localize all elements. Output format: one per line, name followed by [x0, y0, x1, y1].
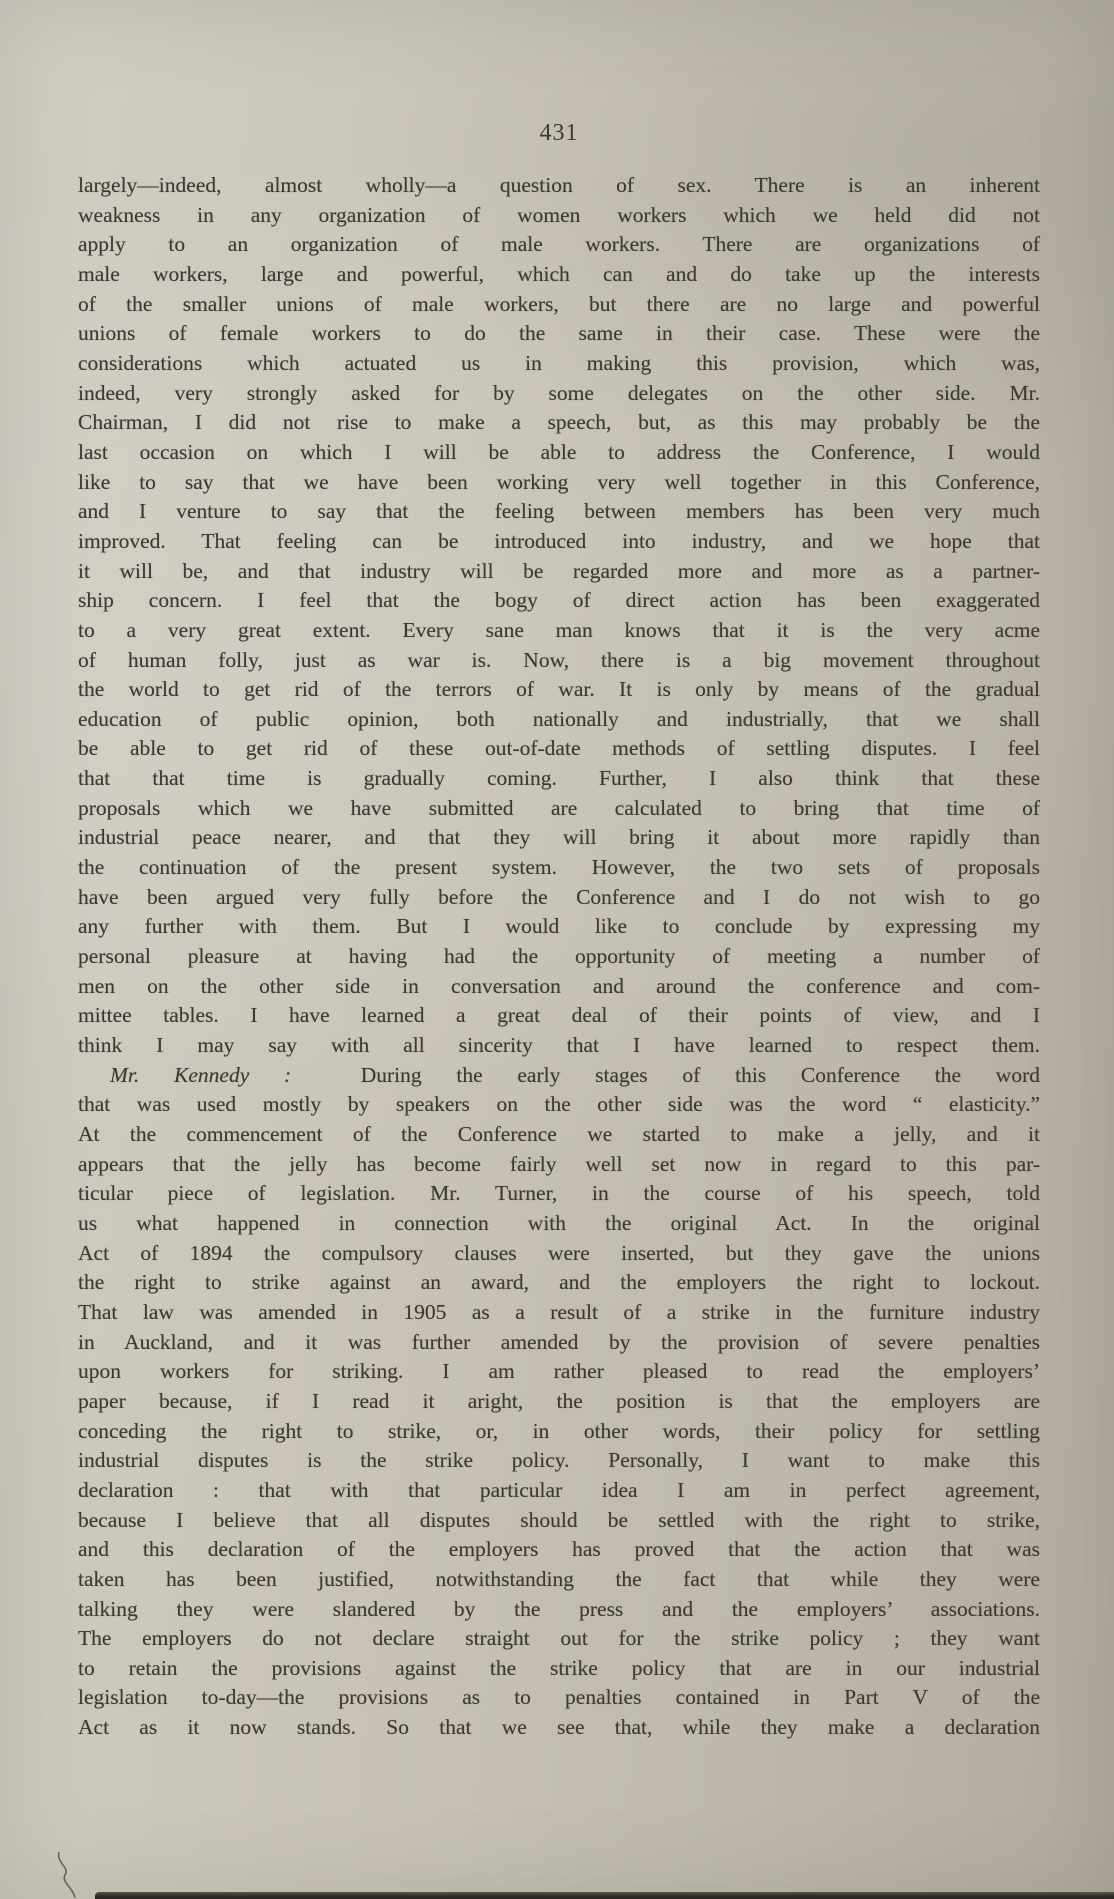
text-line: men on the other side in conversation an…	[78, 972, 1040, 1002]
text-line: of human folly, just as war is. Now, the…	[78, 646, 1040, 676]
text-line: education of public opinion, both nation…	[78, 705, 1040, 735]
scratch-mark	[50, 1845, 90, 1899]
text-line: That law was amended in 1905 as a result…	[78, 1298, 1040, 1328]
text-line: Mr. Kennedy : During the early stages of…	[78, 1061, 1040, 1091]
text-line: proposals which we have submitted are ca…	[78, 794, 1040, 824]
text-line: any further with them. But I would like …	[78, 912, 1040, 942]
scanned-page: 431 largely—indeed, almost wholly—a ques…	[0, 0, 1114, 1899]
text-line: improved. That feeling can be introduced…	[78, 527, 1040, 557]
text-line: in Auckland, and it was further amended …	[78, 1328, 1040, 1358]
text-line: industrial peace nearer, and that they w…	[78, 823, 1040, 853]
text-line: to a very great extent. Every sane man k…	[78, 616, 1040, 646]
text-line: to retain the provisions against the str…	[78, 1654, 1040, 1684]
text-line: think I may say with all sincerity that …	[78, 1031, 1040, 1061]
text-line: industrial disputes is the strike policy…	[78, 1446, 1040, 1476]
speaker-name: Mr. Kennedy :	[110, 1063, 291, 1087]
text-line: personal pleasure at having had the oppo…	[78, 942, 1040, 972]
text-line: ticular piece of legislation. Mr. Turner…	[78, 1179, 1040, 1209]
text-line: talking they were slandered by the press…	[78, 1595, 1040, 1625]
page-number: 431	[78, 120, 1040, 147]
text-line: Chairman, I did not rise to make a speec…	[78, 408, 1040, 438]
text-line: it will be, and that industry will be re…	[78, 557, 1040, 587]
text-line: Act as it now stands. So that we see tha…	[78, 1713, 1040, 1743]
text-line: because I believe that all disputes shou…	[78, 1506, 1040, 1536]
text-line: have been argued very fully before the C…	[78, 883, 1040, 913]
text-line: the continuation of the present system. …	[78, 853, 1040, 883]
text-line: that was used mostly by speakers on the …	[78, 1090, 1040, 1120]
text-line: considerations which actuated us in maki…	[78, 349, 1040, 379]
text-line: weakness in any organization of women wo…	[78, 201, 1040, 231]
text-line: Act of 1894 the compulsory clauses were …	[78, 1239, 1040, 1269]
text-line: last occasion on which I will be able to…	[78, 438, 1040, 468]
text-line: largely—indeed, almost wholly—a question…	[78, 171, 1040, 201]
text-line: declaration : that with that particular …	[78, 1476, 1040, 1506]
text-line: At the commencement of the Conference we…	[78, 1120, 1040, 1150]
text-line: indeed, very strongly asked for by some …	[78, 379, 1040, 409]
text-line: us what happened in connection with the …	[78, 1209, 1040, 1239]
text-line: that that time is gradually coming. Furt…	[78, 764, 1040, 794]
text-line: be able to get rid of these out-of-date …	[78, 734, 1040, 764]
text-line: legislation to-day—the provisions as to …	[78, 1683, 1040, 1713]
text-line: conceding the right to strike, or, in ot…	[78, 1417, 1040, 1447]
text-line: like to say that we have been working ve…	[78, 468, 1040, 498]
text-line: appears that the jelly has become fairly…	[78, 1150, 1040, 1180]
book-edge-shadow	[95, 1892, 1114, 1899]
text-line: of the smaller unions of male workers, b…	[78, 290, 1040, 320]
text-line: taken has been justified, notwithstandin…	[78, 1565, 1040, 1595]
text-line: unions of female workers to do the same …	[78, 319, 1040, 349]
text-line: upon workers for striking. I am rather p…	[78, 1357, 1040, 1387]
text-line: ship concern. I feel that the bogy of di…	[78, 586, 1040, 616]
text-line: the world to get rid of the terrors of w…	[78, 675, 1040, 705]
text-line: mittee tables. I have learned a great de…	[78, 1001, 1040, 1031]
text-body: largely—indeed, almost wholly—a question…	[78, 171, 1040, 1743]
text-line: and this declaration of the employers ha…	[78, 1535, 1040, 1565]
text-line: and I venture to say that the feeling be…	[78, 497, 1040, 527]
text-line: paper because, if I read it aright, the …	[78, 1387, 1040, 1417]
text-line: male workers, large and powerful, which …	[78, 260, 1040, 290]
text-line: apply to an organization of male workers…	[78, 230, 1040, 260]
text-line: The employers do not declare straight ou…	[78, 1624, 1040, 1654]
text-line: the right to strike against an award, an…	[78, 1268, 1040, 1298]
